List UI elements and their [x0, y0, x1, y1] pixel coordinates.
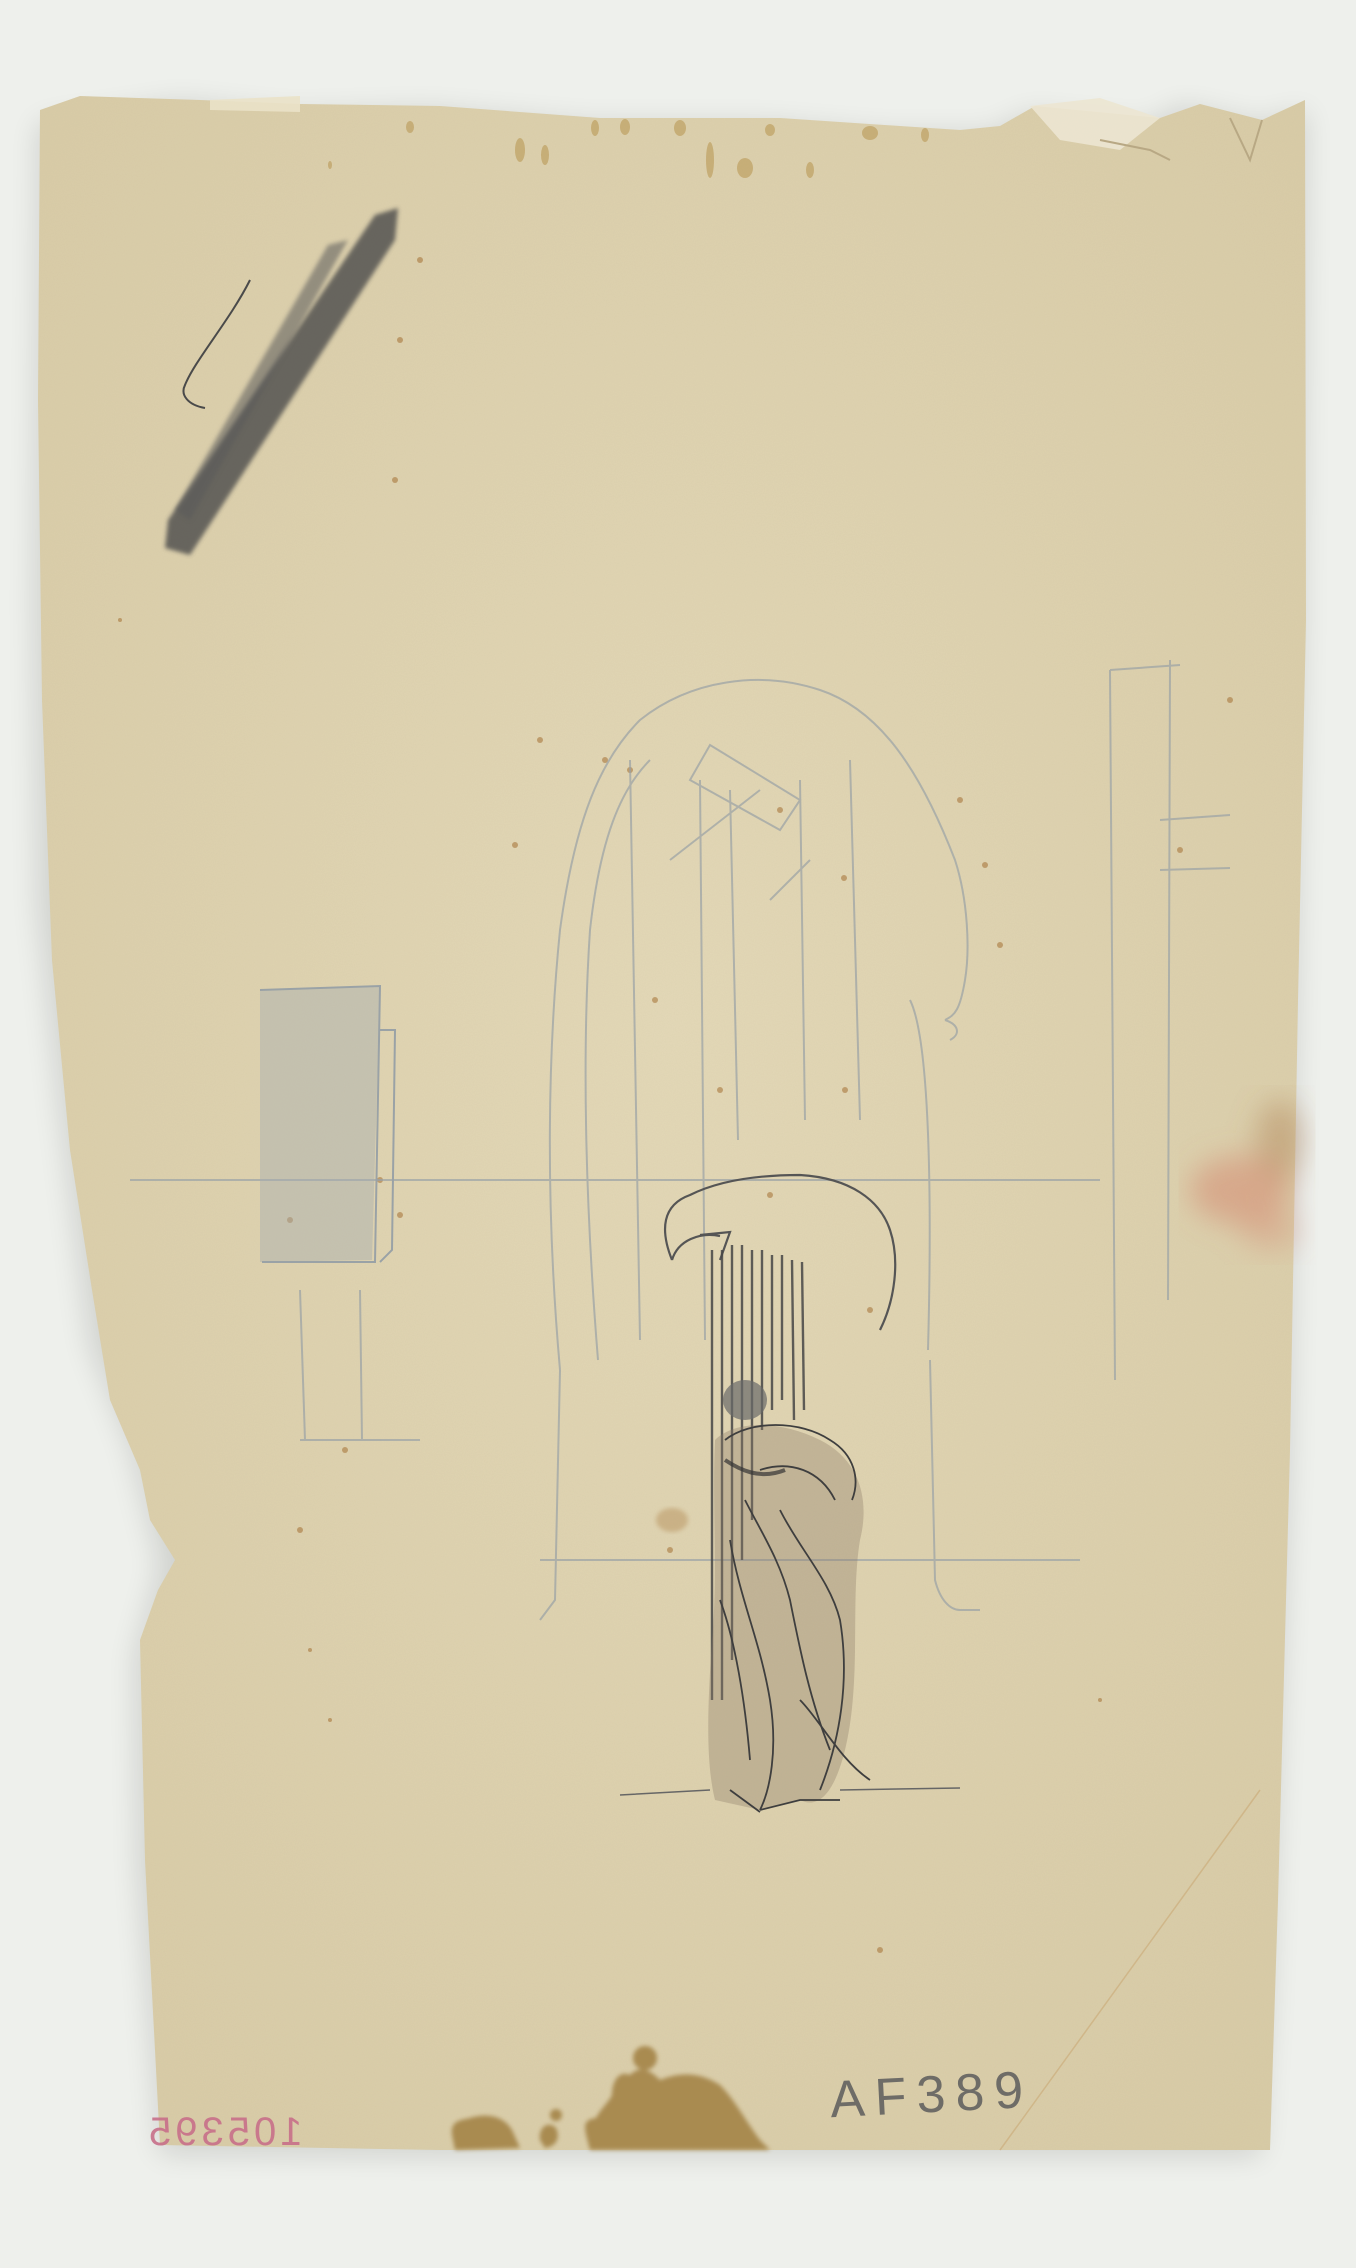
stamp-number: 105395 [145, 2110, 302, 2155]
paper-sheet [0, 0, 1356, 2268]
artwork-scan: AF389 105395 [0, 0, 1356, 2268]
window-sketch [260, 986, 395, 1262]
inventory-label: AF389 [829, 2060, 1035, 2131]
